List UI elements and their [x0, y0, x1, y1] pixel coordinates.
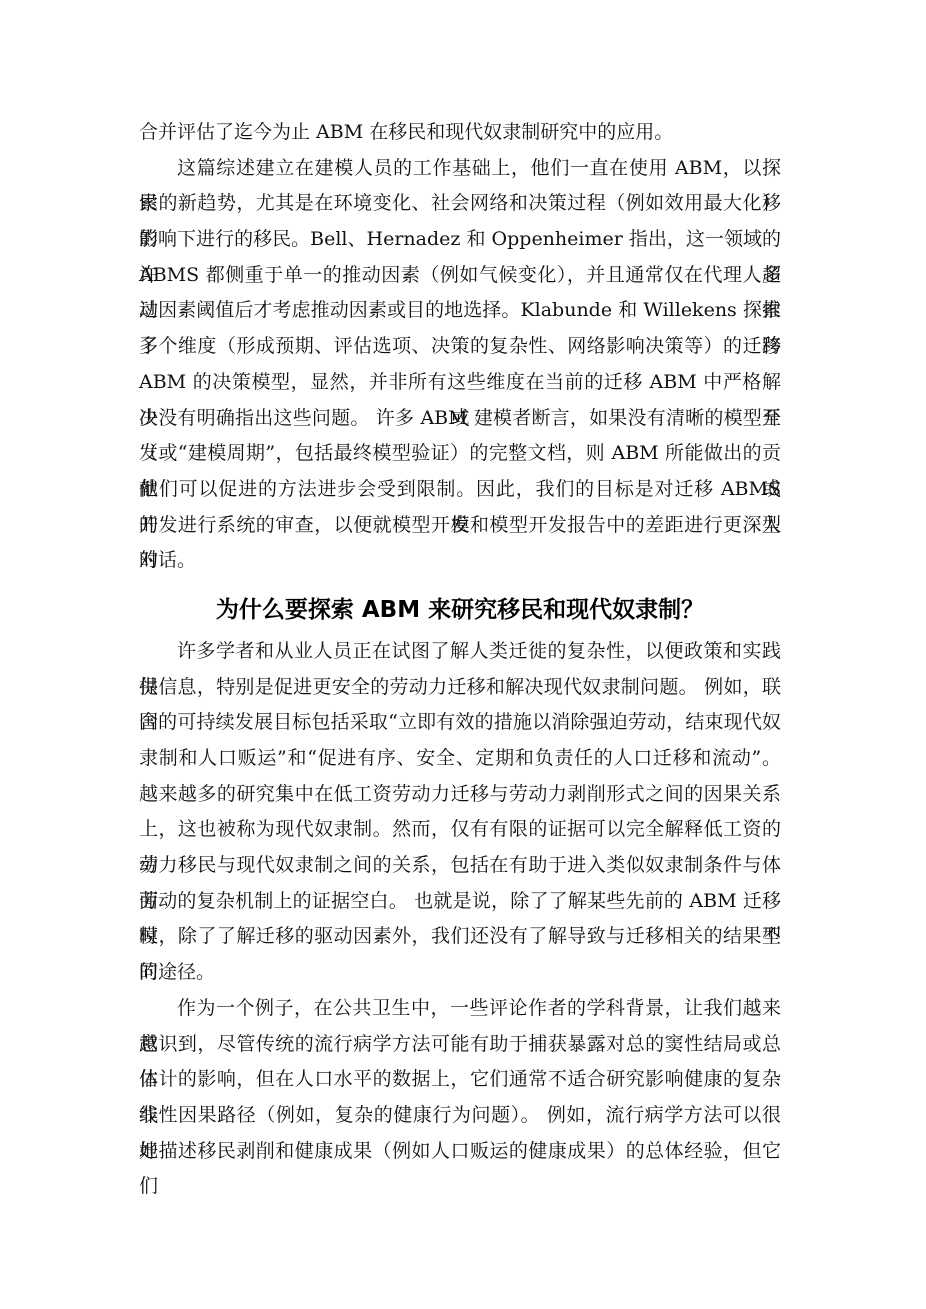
text-line: 合并评估了迄今为止 ABM 在移民和现代奴隶制研究中的应用。 — [139, 115, 781, 151]
text-line: ABM 的决策模型，显然，并非所有这些维度在当前的迁移 ABM 中严格解决或至 — [139, 365, 781, 401]
text-line: 影响下进行的移民。Bell、Hernadez 和 Oppenheimer 指出，… — [139, 222, 781, 258]
text-flow: 合并评估了迄今为止 ABM 在移民和现代奴隶制研究中的应用。这篇综述建立在建模人… — [139, 115, 781, 1169]
document-page: 合并评估了迄今为止 ABM 在移民和现代奴隶制研究中的应用。这篇综述建立在建模人… — [0, 0, 926, 1309]
text-line: 对话。 — [139, 543, 781, 579]
text-line: 国的可持续发展目标包括采取“立即有效的措施以消除强迫劳动，结束现代奴 — [139, 705, 781, 741]
text-line: 上，这也被称为现代奴隶制。然而，仅有有限的证据可以完全解释低工资的劳 — [139, 812, 781, 848]
text-line: 动因素阈值后才考虑推动因素或目的地选择。Klabunde 和 Willekens… — [139, 293, 781, 329]
text-line: 许多学者和从业人员正在试图了解人类迁徙的复杂性，以便政策和实践提 — [139, 634, 781, 670]
text-line: 他们可以促进的方法进步会受到限制。因此，我们的目标是对迁移 ABMS 的模型 — [139, 472, 781, 508]
text-line: 劳动的复杂机制上的证据空白。 也就是说，除了了解某些先前的 ABM 迁移模型 — [139, 884, 781, 920]
text-line: （或“建模周期”，包括最终模型验证）的完整文档，则 ABM 所能做出的贡献或 — [139, 436, 781, 472]
text-line: 民的新趋势，尤其是在环境变化、社会网络和决策过程（例如效用最大化）的 — [139, 186, 781, 222]
text-line: ABMS 都侧重于单一的推动因素（例如气候变化），并且通常仅在代理人超过推 — [139, 258, 781, 294]
text-line: 作为一个例子，在公共卫生中，一些评论作者的学科背景，让我们越来越 — [139, 991, 781, 1027]
text-line: 隶制和人口贩运”和“促进有序、安全、定期和负责任的人口迁移和流动”。 — [139, 741, 781, 777]
text-line: 越来越多的研究集中在低工资劳动力迁移与劳动力剥削形式之间的因果关系 — [139, 777, 781, 813]
text-line: 动力移民与现代奴隶制之间的关系，包括在有助于进入类似奴隶制条件与体面 — [139, 848, 781, 884]
text-line: 线性因果路径（例如，复杂的健康行为问题）。 例如，流行病学方法可以很好 — [139, 1098, 781, 1134]
text-line: 地描述移民剥削和健康成果（例如人口贩运的健康成果）的总体经验，但它们 — [139, 1134, 781, 1170]
text-line: 这篇综述建立在建模人员的工作基础上，他们一直在使用 ABM，以探索移 — [139, 151, 781, 187]
text-line: 意识到，尽管传统的流行病学方法可能有助于捕获暴露对总的窦性结局或总体 — [139, 1027, 781, 1063]
section-heading: 为什么要探索 ABM 来研究移民和现代奴隶制？ — [139, 590, 781, 630]
text-line: 少没有明确指出这些问题。 许多 ABM 建模者断言，如果没有清晰的模型开发 — [139, 401, 781, 437]
text-line: 的途径。 — [139, 955, 781, 991]
text-line: 估计的影响，但在人口水平的数据上，它们通常不适合研究影响健康的复杂非 — [139, 1062, 781, 1098]
text-line: 时，除了了解迁移的驱动因素外，我们还没有了解导致与迁移相关的结果不同 — [139, 919, 781, 955]
text-line: 多个维度（形成预期、评估选项、决策的复杂性、网络影响决策等）的迁移 — [139, 329, 781, 365]
text-line: 开发进行系统的审查，以便就模型开发和模型开发报告中的差距进行更深入的 — [139, 508, 781, 544]
text-line: 供信息，特别是促进更安全的劳动力迁移和解决现代奴隶制问题。 例如，联合 — [139, 670, 781, 706]
